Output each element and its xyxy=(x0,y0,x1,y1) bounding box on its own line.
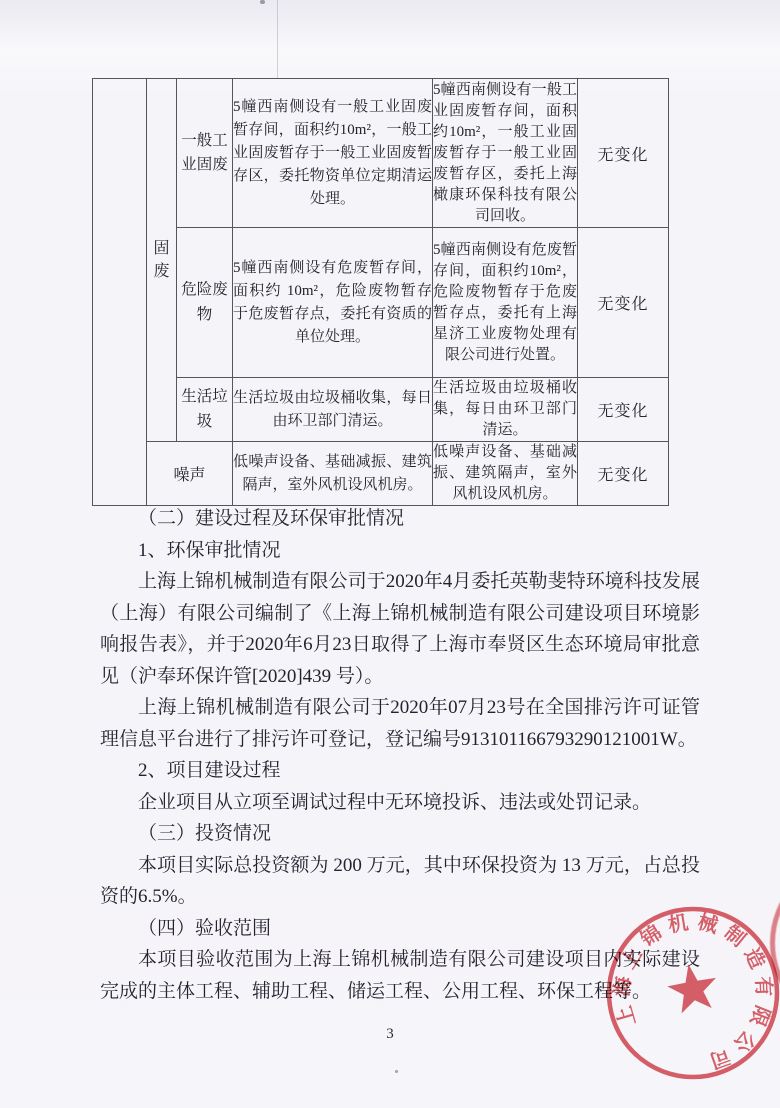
table-row: 生活垃圾 生活垃圾由垃圾桶收集，每日由环卫部门清运。 生活垃圾由垃圾桶收集，每日… xyxy=(93,378,669,442)
table-cell-change-status: 无变化 xyxy=(578,228,669,378)
table-cell-change-status: 无变化 xyxy=(578,442,669,506)
table-cell-blank xyxy=(93,79,147,506)
table-cell-change-status: 无变化 xyxy=(578,378,669,442)
environmental-measures-table: 固废 一般工业固废 5幢西南侧设有一般工业固废暂存间，面积约10m²，一般工业固… xyxy=(92,78,669,506)
table-cell-item-household-garbage: 生活垃圾 xyxy=(177,378,233,442)
table-cell-original-measure: 生活垃圾由垃圾桶收集，每日由环卫部门清运。 xyxy=(233,378,433,442)
table-cell-original-measure: 5幢西南侧设有危废暂存间，面积约 10m²，危险废物暂存于危废暂存点，委托有资质… xyxy=(233,228,433,378)
table-cell-current-measure: 低噪声设备、基础减振、建筑隔声，室外风机设风机房。 xyxy=(433,442,578,506)
table-row: 危险废物 5幢西南侧设有危废暂存间，面积约 10m²，危险废物暂存于危废暂存点，… xyxy=(93,228,669,378)
table-cell-item-hazardous-waste: 危险废物 xyxy=(177,228,233,378)
table-cell-current-measure: 生活垃圾由垃圾桶收集，每日由环卫部门清运。 xyxy=(433,378,578,442)
subsection-2-heading: 2、项目建设过程 xyxy=(100,755,700,787)
table-row: 固废 一般工业固废 5幢西南侧设有一般工业固废暂存间，面积约10m²，一般工业固… xyxy=(93,79,669,228)
table-cell-category-solid-waste: 固废 xyxy=(147,79,177,442)
table-cell-original-measure: 5幢西南侧设有一般工业固废暂存间，面积约10m²，一般工业固废暂存于一般工业固废… xyxy=(233,79,433,228)
scan-speck xyxy=(260,0,265,4)
table-cell-change-status: 无变化 xyxy=(578,79,669,228)
paper-fold-line xyxy=(277,0,278,78)
red-star-icon xyxy=(664,960,721,1015)
company-seal: 上海上锦机械制造有限公司 xyxy=(594,893,780,1093)
paragraph-permit-registration: 上海上锦机械制造有限公司于2020年07月23号在全国排污许可证管理信息平台进行… xyxy=(100,692,700,755)
scan-speck xyxy=(395,1070,398,1073)
table-cell-current-measure: 5幢西南侧设有一般工业固废暂存间，面积约10m²，一般工业固废暂存于一般工业固废… xyxy=(433,79,578,228)
section-heading-2: （二）建设过程及环保审批情况 xyxy=(100,503,700,535)
table-cell-original-measure: 低噪声设备、基础减振、建筑隔声，室外风机设风机房。 xyxy=(233,442,433,506)
scanned-document-page: { "page": { "number": "3" }, "table": { … xyxy=(0,0,780,1108)
table-cell-current-measure: 5幢西南侧设有危废暂存间，面积约10m²，危险废物暂存于危废暂存点，委托有上海星… xyxy=(433,228,578,378)
section-heading-3: （三）投资情况 xyxy=(100,818,700,850)
paragraph-construction-process: 企业项目从立项至调试过程中无环境投诉、违法或处罚记录。 xyxy=(100,787,700,819)
table-cell-item-general-industrial-waste: 一般工业固废 xyxy=(177,79,233,228)
table-row: 噪声 低噪声设备、基础减振、建筑隔声，室外风机设风机房。 低噪声设备、基础减振、… xyxy=(93,442,669,506)
table-cell-item-noise: 噪声 xyxy=(147,442,233,506)
subsection-1-heading: 1、环保审批情况 xyxy=(100,535,700,567)
paragraph-approval: 上海上锦机械制造有限公司于2020年4月委托英勒斐特环境科技发展（上海）有限公司… xyxy=(100,566,700,692)
